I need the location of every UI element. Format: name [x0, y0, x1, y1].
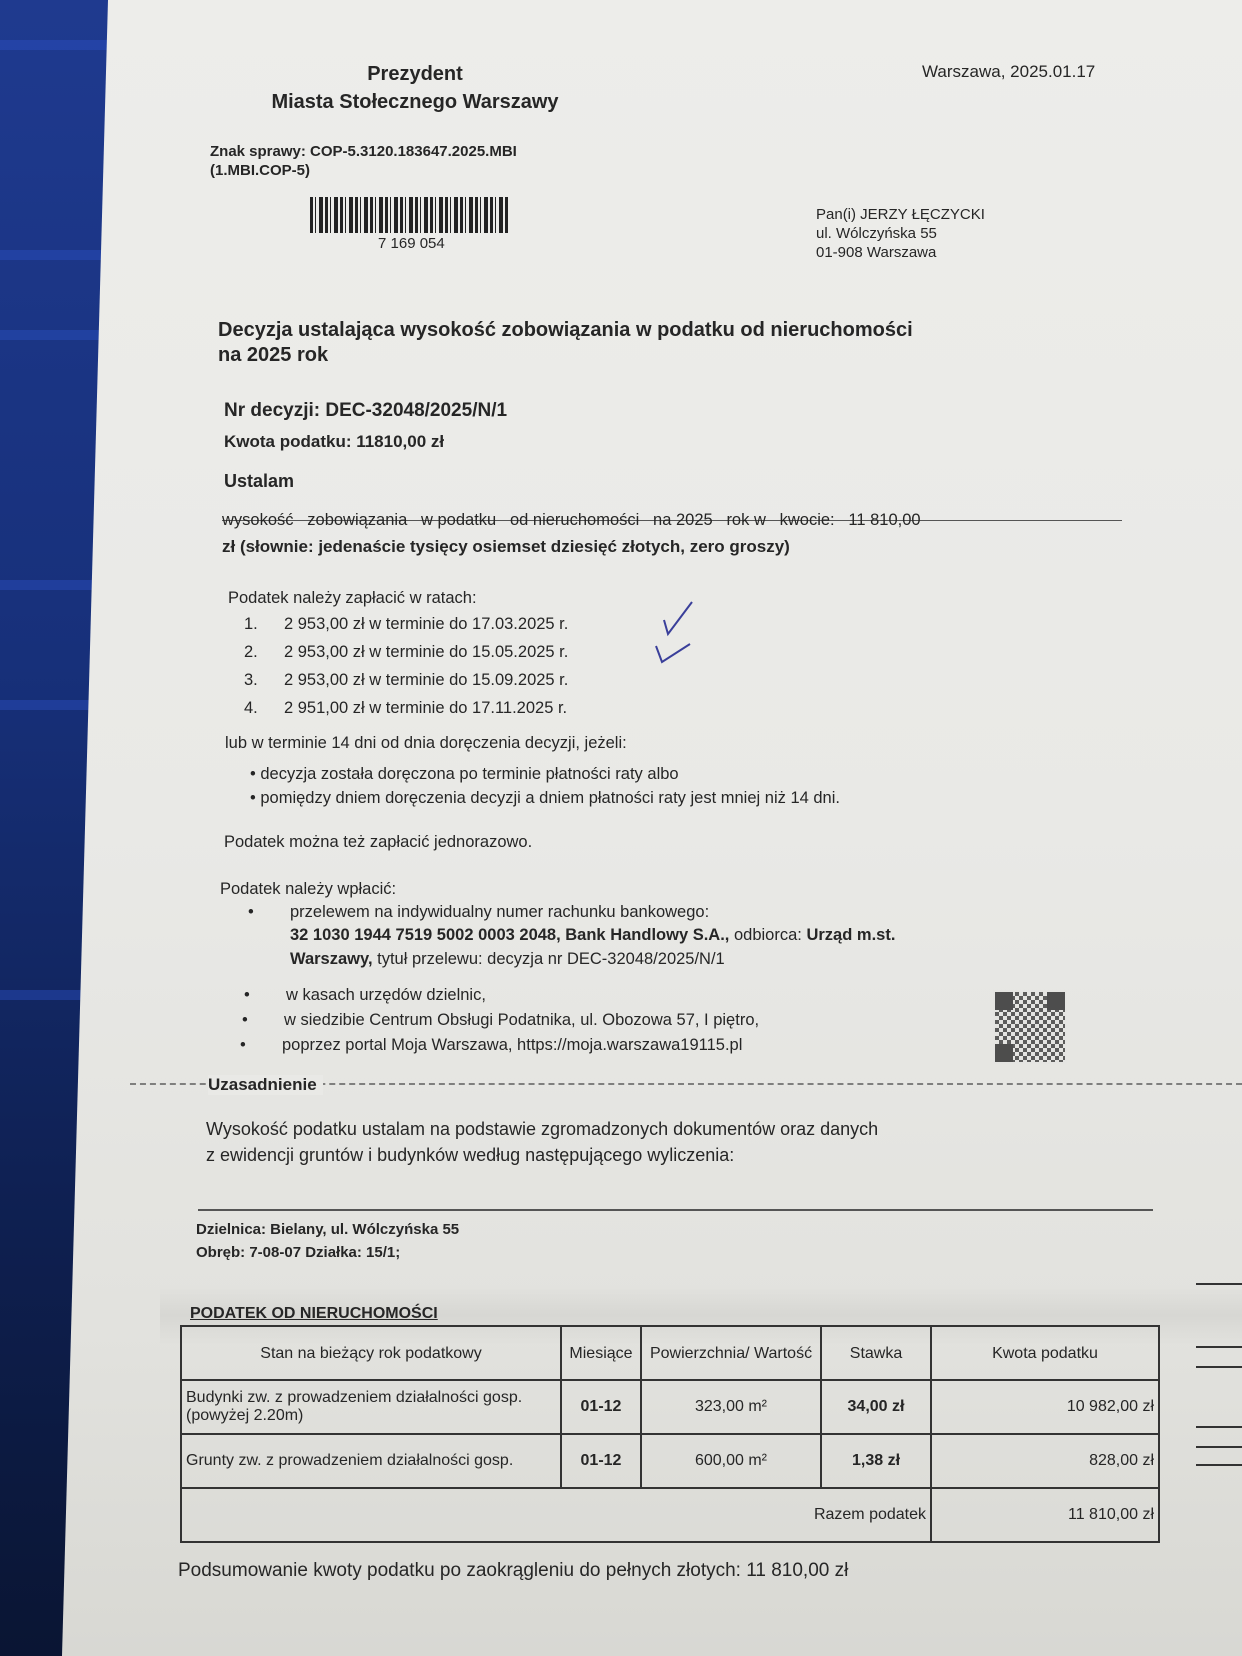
cell-amount: 828,00 zł [931, 1434, 1159, 1488]
liability-words: zł (słownie: jedenaście tysięcy osiemset… [222, 537, 790, 557]
bullet: • [240, 1036, 246, 1055]
payment-method: w siedzibie Centrum Obsługi Podatnika, u… [284, 1011, 759, 1030]
place-date: Warszawa, 2025.01.17 [922, 62, 1095, 82]
installment-number: 3. [244, 671, 258, 690]
decision-title: Decyzja ustalająca wysokość zobowiązania… [218, 318, 913, 368]
edge-mark [1196, 1366, 1242, 1368]
case-ref-line: Znak sprawy: COP-5.3120.183647.2025.MBI [210, 142, 517, 161]
installment-number: 2. [244, 643, 258, 662]
cell-desc: Grunty zw. z prowadzeniem działalności g… [181, 1434, 561, 1488]
title-line: na 2025 rok [218, 343, 913, 368]
recipient-address: Pan(i) JERZY ŁĘCZYCKI ul. Wólczyńska 55 … [816, 205, 985, 262]
property-location: Dzielnica: Bielany, ul. Wólczyńska 55 Ob… [196, 1218, 459, 1264]
table-header-row: Stan na bieżący rok podatkowy Miesiące P… [181, 1326, 1159, 1380]
document-page: Prezydent Miasta Stołecznego Warszawy Wa… [0, 0, 1242, 1656]
recipient-label: odbiorca: [734, 926, 802, 944]
installment-item: 2 953,00 zł w terminie do 15.09.2025 r. [284, 671, 568, 690]
edge-mark [1196, 1426, 1242, 1428]
bank-account-line: 32 1030 1944 7519 5002 0003 2048, Bank H… [290, 926, 895, 945]
recipient-value: Warszawy, [290, 950, 373, 968]
cell-months: 01-12 [561, 1434, 641, 1488]
installment-number: 4. [244, 699, 258, 718]
payment-portal-link[interactable]: poprzez portal Moja Warszawa, https://mo… [282, 1036, 742, 1055]
recipient-city: 01-908 Warszawa [816, 243, 985, 262]
bullet: • [242, 1011, 248, 1030]
table-row: Grunty zw. z prowadzeniem działalności g… [181, 1434, 1159, 1488]
transfer-intro: przelewem na indywidualny numer rachunku… [290, 903, 709, 922]
cell-amount: 10 982,00 zł [931, 1380, 1159, 1434]
installment-number: 1. [244, 615, 258, 634]
tax-table-caption: PODATEK OD NIERUCHOMOŚCI [190, 1305, 438, 1323]
case-ref-line: (1.MBI.COP-5) [210, 161, 517, 180]
justification-heading: Uzasadnienie [208, 1075, 323, 1095]
payment-method: w kasach urzędów dzielnic, [286, 986, 486, 1005]
total-label: Razem podatek [181, 1488, 931, 1542]
issuer-title: Prezydent [255, 60, 575, 88]
recipient-value: Urząd m.st. [806, 926, 895, 944]
cell-rate: 1,38 zł [821, 1434, 931, 1488]
alt-deadline: lub w terminie 14 dni od dnia doręczenia… [225, 734, 627, 753]
column-header: Stan na bieżący rok podatkowy [181, 1326, 561, 1380]
ustalam-heading: Ustalam [224, 471, 294, 492]
payment-heading: Podatek należy wpłacić: [220, 880, 396, 899]
justification-text: Wysokość podatku ustalam na podstawie zg… [206, 1116, 878, 1168]
district: Dzielnica: Bielany, ul. Wólczyńska 55 [196, 1218, 459, 1241]
transfer-title-line: Warszawy, tytuł przelewu: decyzja nr DEC… [290, 950, 725, 969]
tax-amount: Kwota podatku: 11810,00 zł [224, 432, 444, 452]
cell-months: 01-12 [561, 1380, 641, 1434]
recipient-name: Pan(i) JERZY ŁĘCZYCKI [816, 205, 985, 224]
justification-line: Wysokość podatku ustalam na podstawie zg… [206, 1116, 878, 1142]
cell-area: 600,00 m² [641, 1434, 821, 1488]
bank-account: 32 1030 1944 7519 5002 0003 2048, Bank H… [290, 926, 729, 944]
decision-number: Nr decyzji: DEC-32048/2025/N/1 [224, 400, 507, 422]
qr-code-icon [993, 990, 1067, 1064]
cell-rate: 34,00 zł [821, 1380, 931, 1434]
justification-line: z ewidencji gruntów i budynków według na… [206, 1142, 878, 1168]
total-value: 11 810,00 zł [931, 1488, 1159, 1542]
rounded-summary: Podsumowanie kwoty podatku po zaokrąglen… [178, 1560, 848, 1582]
edge-mark [1196, 1346, 1242, 1348]
case-reference: Znak sprawy: COP-5.3120.183647.2025.MBI … [210, 142, 517, 180]
barcode-number: 7 169 054 [378, 235, 445, 252]
edge-mark [1196, 1283, 1242, 1285]
table-total-row: Razem podatek 11 810,00 zł [181, 1488, 1159, 1542]
issuer: Prezydent Miasta Stołecznego Warszawy [255, 60, 575, 116]
title-line: Decyzja ustalająca wysokość zobowiązania… [218, 318, 913, 343]
table-row: Budynki zw. z prowadzeniem działalności … [181, 1380, 1159, 1434]
cell-desc: Budynki zw. z prowadzeniem działalności … [181, 1380, 561, 1434]
condition-item: • pomiędzy dniem doręczenia decyzji a dn… [250, 789, 840, 808]
tax-table: Stan na bieżący rok podatkowy Miesiące P… [180, 1325, 1160, 1543]
one-time-payment-note: Podatek można też zapłacić jednorazowo. [224, 833, 532, 852]
installment-item: 2 951,00 zł w terminie do 17.11.2025 r. [284, 699, 567, 718]
checkmark-icon [652, 638, 694, 668]
installment-item: 2 953,00 zł w terminie do 17.03.2025 r. [284, 615, 568, 634]
checkmark-icon [658, 598, 698, 638]
condition-item: • decyzja została doręczona po terminie … [250, 765, 679, 784]
issuer-name: Miasta Stołecznego Warszawy [255, 88, 575, 116]
barcode-icon [310, 197, 510, 233]
section-divider [198, 1209, 1153, 1211]
bullet: • [248, 903, 254, 922]
column-header: Miesiące [561, 1326, 641, 1380]
transfer-title: tytuł przelewu: decyzja nr DEC-32048/202… [377, 950, 725, 968]
installments-heading: Podatek należy zapłacić w ratach: [228, 589, 477, 608]
installment-item: 2 953,00 zł w terminie do 15.05.2025 r. [284, 643, 568, 662]
column-header: Kwota podatku [931, 1326, 1159, 1380]
column-header: Powierzchnia/ Wartość [641, 1326, 821, 1380]
column-header: Stawka [821, 1326, 931, 1380]
liability-text: wysokość zobowiązania w podatku od nieru… [222, 511, 921, 530]
recipient-street: ul. Wólczyńska 55 [816, 224, 985, 243]
plot-number: Obręb: 7-08-07 Działka: 15/1; [196, 1241, 459, 1264]
bullet: • [244, 986, 250, 1005]
edge-mark [1196, 1464, 1242, 1466]
edge-mark [1196, 1446, 1242, 1448]
cell-area: 323,00 m² [641, 1380, 821, 1434]
